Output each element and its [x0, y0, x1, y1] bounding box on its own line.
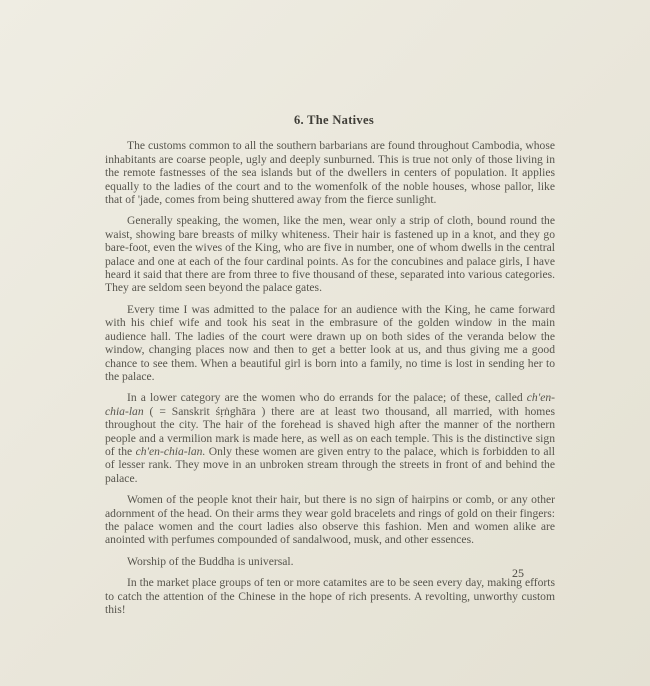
paragraph-6: Worship of the Buddha is universal. — [105, 555, 555, 568]
paragraph-4-text-a: In a lower category are the women who do… — [127, 391, 527, 404]
paragraph-2: Generally speaking, the women, like the … — [105, 214, 555, 294]
page-text: 6. The Natives The customs common to all… — [105, 114, 555, 624]
book-page: 6. The Natives The customs common to all… — [0, 0, 650, 686]
paragraph-3: Every time I was admitted to the palace … — [105, 303, 555, 383]
paragraph-1: The customs common to all the southern b… — [105, 139, 555, 206]
paragraph-5: Women of the people knot their hair, but… — [105, 493, 555, 547]
paragraph-4: In a lower category are the women who do… — [105, 391, 555, 485]
chapter-title: 6. The Natives — [105, 114, 555, 127]
term-chen-chia-lan-2: ch'en-chia-lan. — [136, 445, 206, 458]
paragraph-7: In the market place groups of ten or mor… — [105, 576, 555, 616]
page-number: 25 — [512, 566, 524, 581]
